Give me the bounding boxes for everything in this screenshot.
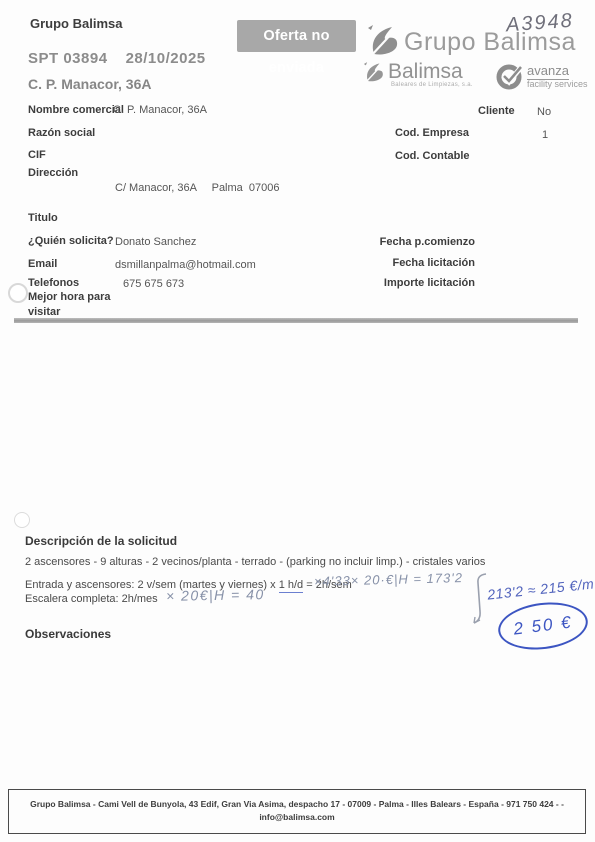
field-label-fecha-licitacion: Fecha licitación bbox=[340, 257, 475, 269]
punch-hole-mark bbox=[8, 283, 28, 303]
field-label-titulo: Titulo bbox=[28, 212, 58, 224]
balimsa-logo-text: Balimsa bbox=[388, 60, 463, 84]
field-label-cif: CIF bbox=[28, 149, 46, 161]
handwritten-circled-price: 2 50 € bbox=[496, 598, 591, 655]
field-value-direccion: C/ Manacor, 36A Palma 07006 bbox=[115, 182, 279, 194]
reference-number: SPT 03894 bbox=[28, 50, 108, 67]
field-value-nombre-comercial: C. P. Manacor, 36A bbox=[113, 104, 207, 116]
avanza-logo-text: avanza bbox=[527, 63, 569, 80]
grupo-balimsa-logo-icon bbox=[362, 24, 402, 58]
balimsa-logo-tagline: Baleares de Limpiezas, s.a. bbox=[391, 82, 473, 88]
field-value-cliente: No bbox=[537, 106, 551, 118]
field-label-quien-solicita: ¿Quién solicita? bbox=[28, 235, 114, 247]
field-label-email: Email bbox=[28, 258, 57, 270]
line1-underlined: 1 h/d bbox=[279, 579, 303, 593]
field-label-nombre-comercial: Nombre comercial bbox=[28, 104, 124, 116]
avanza-check-icon bbox=[495, 62, 525, 90]
field-label-telefonos: Telefonos bbox=[28, 277, 79, 289]
status-badge: Oferta no enviada bbox=[237, 20, 356, 52]
solicitud-description: 2 ascensores - 9 alturas - 2 vecinos/pla… bbox=[25, 556, 485, 568]
field-label-cod-contable: Cod. Contable bbox=[395, 150, 470, 162]
footer-email: info@balimsa.com bbox=[9, 811, 585, 824]
field-value-quien-solicita: Donato Sanchez bbox=[115, 236, 196, 248]
field-label-fecha-comienzo: Fecha p.comienzo bbox=[340, 236, 475, 248]
field-value-cod-empresa: 1 bbox=[542, 129, 548, 141]
handwritten-total: 213'2 ≈ 215 €/m bbox=[486, 575, 594, 602]
field-label-direccion: Dirección bbox=[28, 167, 78, 179]
field-label-cliente: Cliente bbox=[478, 105, 515, 117]
circled-price-text: 2 50 € bbox=[512, 612, 573, 639]
field-label-cod-empresa: Cod. Empresa bbox=[395, 127, 469, 139]
observaciones-heading: Observaciones bbox=[25, 627, 111, 641]
balimsa-logo-icon bbox=[360, 61, 386, 84]
footer-address: Grupo Balimsa - Cami Vell de Bunyola, 43… bbox=[9, 798, 585, 811]
document-date: 28/10/2025 bbox=[126, 50, 206, 67]
punch-hole-mark bbox=[14, 512, 30, 528]
reference-line: SPT 0389428/10/2025 bbox=[28, 50, 206, 67]
company-name: Grupo Balimsa bbox=[30, 16, 122, 31]
solicitud-line2: Escalera completa: 2h/mes bbox=[25, 593, 158, 605]
section-divider bbox=[14, 318, 578, 323]
field-value-email: dsmillanpalma@hotmail.com bbox=[115, 259, 256, 271]
field-label-razon-social: Razón social bbox=[28, 127, 95, 139]
field-label-importe-licitacion: Importe licitación bbox=[340, 277, 475, 289]
handwritten-calc-2: × 20€|H = 40 bbox=[166, 586, 265, 604]
footer-box: Grupo Balimsa - Cami Vell de Bunyola, 43… bbox=[8, 789, 586, 834]
field-label-mejor-hora: Mejor hora para visitar bbox=[28, 290, 112, 320]
solicitud-heading: Descripción de la solicitud bbox=[25, 534, 177, 548]
document-subject: C. P. Manacor, 36A bbox=[28, 76, 151, 92]
handwritten-reference: A3948 bbox=[505, 10, 574, 38]
handwritten-calc-1: ×4'33× 20·€|H = 173'2 bbox=[314, 570, 463, 589]
scanned-offer-document: Grupo Balimsa Oferta no enviada SPT 0389… bbox=[0, 0, 595, 842]
field-value-telefonos: 675 675 673 bbox=[123, 278, 184, 290]
avanza-logo-tagline: facility services bbox=[527, 79, 588, 89]
